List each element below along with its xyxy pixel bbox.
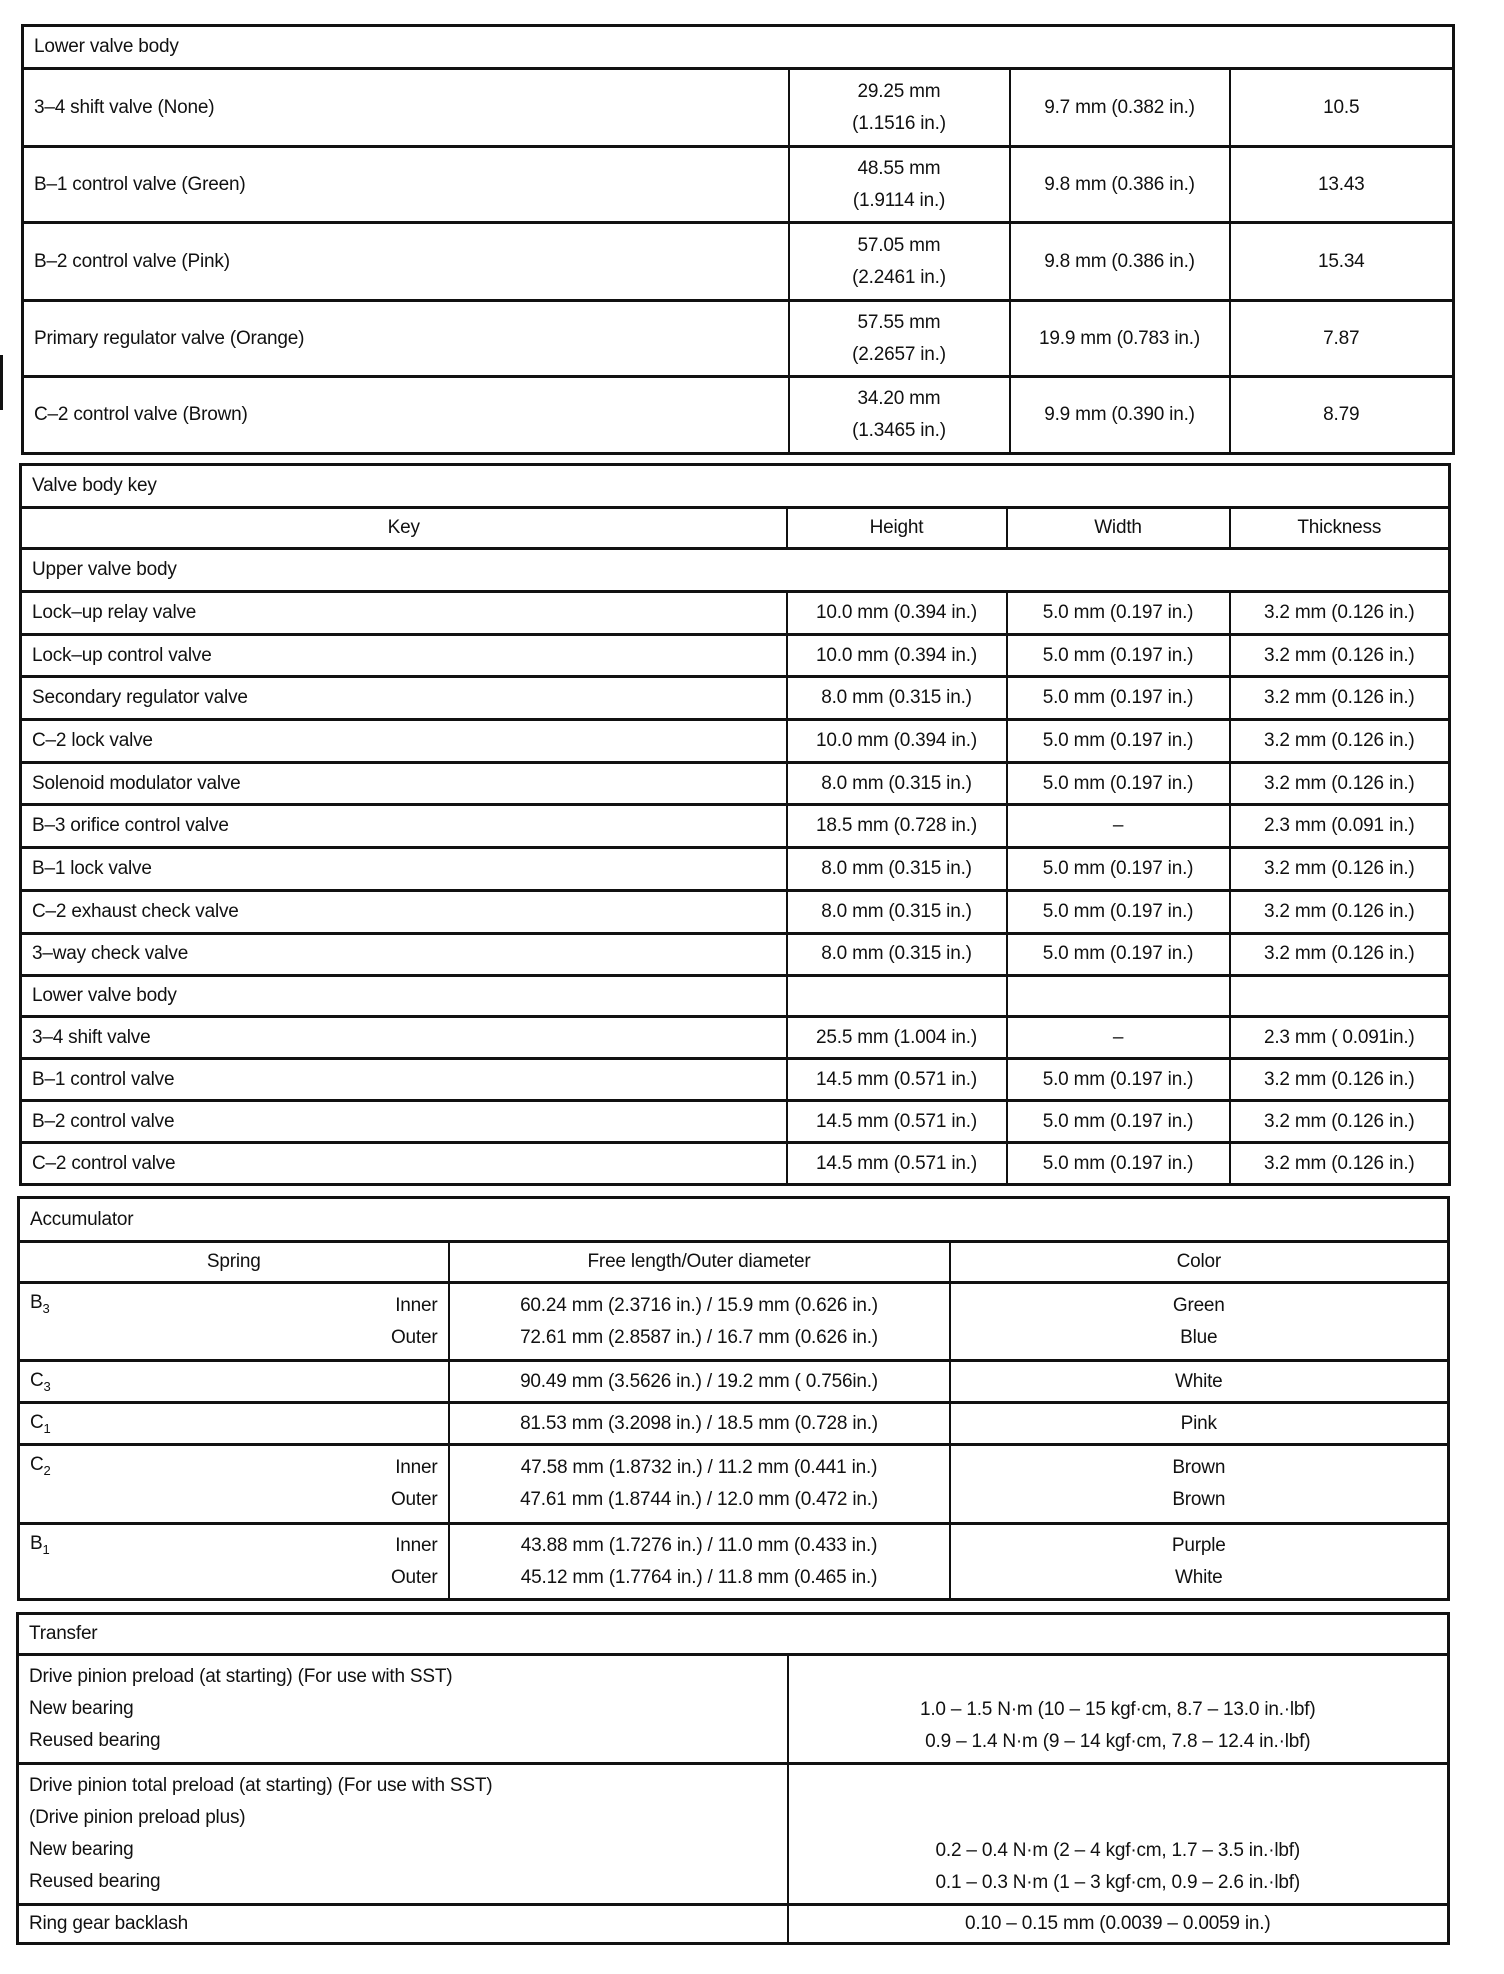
- spring-position: Outer: [30, 1484, 438, 1516]
- key-name: C–2 lock valve: [21, 720, 787, 763]
- table-row: 3–4 shift valve25.5 mm (1.004 in.)–2.3 m…: [21, 1017, 1450, 1059]
- spring-id-subscript: 2: [44, 1463, 51, 1478]
- spring-dimension: 43.88 mm (1.7276 in.) / 11.0 mm (0.433 i…: [460, 1530, 939, 1562]
- key-width: 5.0 mm (0.197 in.): [1007, 1101, 1230, 1143]
- key-name: Solenoid modulator valve: [21, 762, 787, 805]
- valve-body-key-table: Valve body key Key Height Width Thicknes…: [19, 463, 1451, 1186]
- key-thickness: 3.2 mm (0.126 in.): [1230, 720, 1450, 763]
- transfer-value-line: 0.1 – 0.3 N·m (1 – 3 kgf·cm, 0.9 – 2.6 i…: [799, 1867, 1438, 1899]
- spring-color-value: Blue: [961, 1322, 1438, 1354]
- column-header-thickness: Thickness: [1230, 508, 1450, 549]
- spring-id-base: B: [30, 1533, 42, 1554]
- spring-id-base: C: [30, 1370, 44, 1391]
- spring-id-subscript: 1: [42, 1542, 49, 1557]
- free-length-outer-diameter: 90.49 mm (3.5626 in.) / 19.2 mm ( 0.756i…: [449, 1361, 950, 1403]
- table-title: Accumulator: [19, 1198, 1449, 1242]
- spring-id-subscript: 3: [42, 1301, 49, 1316]
- free-length-mm: 29.25 mm: [800, 76, 999, 108]
- spring-id: C3: [30, 1370, 51, 1394]
- key-name: B–3 orifice control valve: [21, 805, 787, 848]
- key-thickness: 3.2 mm (0.126 in.): [1230, 848, 1450, 891]
- spring-color: GreenBlue: [950, 1283, 1449, 1361]
- table-row: Solenoid modulator valve8.0 mm (0.315 in…: [21, 762, 1450, 805]
- free-length-in: (1.1516 in.): [800, 108, 999, 140]
- free-length: 29.25 mm(1.1516 in.): [789, 69, 1010, 147]
- spring-color-value: Green: [961, 1290, 1438, 1322]
- spring-id: C2: [30, 1454, 51, 1478]
- key-width: 5.0 mm (0.197 in.): [1007, 592, 1230, 635]
- key-height: 10.0 mm (0.394 in.): [787, 634, 1007, 677]
- number-of-coils: 10.5: [1230, 69, 1454, 147]
- spring-id-subscript: 1: [44, 1421, 51, 1436]
- transfer-label-line: Drive pinion preload (at starting) (For …: [29, 1661, 777, 1693]
- key-thickness: 3.2 mm (0.126 in.): [1230, 1143, 1450, 1185]
- free-length-in: (1.3465 in.): [800, 415, 999, 447]
- spring-color: Pink: [950, 1403, 1449, 1445]
- transfer-label-line: Ring gear backlash: [29, 1908, 777, 1940]
- spring-position: Outer: [30, 1322, 438, 1354]
- spring-color-value: Purple: [961, 1530, 1438, 1562]
- table-title: Valve body key: [21, 465, 1450, 508]
- column-header-width: Width: [1007, 508, 1230, 549]
- valve-name: 3–4 shift valve (None): [23, 69, 789, 147]
- table-row: B–2 control valve (Pink)57.05 mm(2.2461 …: [23, 223, 1454, 301]
- transfer-value-line: 1.0 – 1.5 N·m (10 – 15 kgf·cm, 8.7 – 13.…: [799, 1694, 1438, 1726]
- valve-name: B–2 control valve (Pink): [23, 223, 789, 301]
- key-name: 3–4 shift valve: [21, 1017, 787, 1059]
- key-height: 8.0 mm (0.315 in.): [787, 933, 1007, 976]
- free-length-in: (2.2461 in.): [800, 262, 999, 294]
- margin-change-bar: [0, 355, 3, 410]
- section-label-lower: Lower valve body: [21, 976, 787, 1017]
- table-row: B–1 control valve14.5 mm (0.571 in.)5.0 …: [21, 1059, 1450, 1101]
- empty-cell: [1007, 976, 1230, 1017]
- table-row: C–2 control valve (Brown)34.20 mm(1.3465…: [23, 377, 1454, 454]
- transfer-label-line: New bearing: [29, 1834, 777, 1866]
- free-length: 57.05 mm(2.2461 in.): [789, 223, 1010, 301]
- column-header-color: Color: [950, 1242, 1449, 1283]
- spring-id-base: C: [30, 1412, 44, 1433]
- number-of-coils: 13.43: [1230, 147, 1454, 223]
- spring-cell: C2InnerOuter: [19, 1445, 449, 1524]
- key-thickness: 3.2 mm (0.126 in.): [1230, 1101, 1450, 1143]
- key-thickness: 3.2 mm (0.126 in.): [1230, 677, 1450, 720]
- spring-cell: C1: [19, 1403, 449, 1445]
- transfer-value-line: 0.9 – 1.4 N·m (9 – 14 kgf·cm, 7.8 – 12.4…: [799, 1726, 1438, 1758]
- transfer-table: Transfer Drive pinion preload (at starti…: [16, 1612, 1450, 1945]
- key-width: 5.0 mm (0.197 in.): [1007, 933, 1230, 976]
- key-height: 8.0 mm (0.315 in.): [787, 762, 1007, 805]
- table-row: B–3 orifice control valve18.5 mm (0.728 …: [21, 805, 1450, 848]
- free-length-mm: 34.20 mm: [800, 383, 999, 415]
- table-row: C–2 control valve14.5 mm (0.571 in.)5.0 …: [21, 1143, 1450, 1185]
- spring-cell: B1InnerOuter: [19, 1524, 449, 1600]
- spring-id: C1: [30, 1412, 51, 1436]
- table-row: 3–4 shift valve (None)29.25 mm(1.1516 in…: [23, 69, 1454, 147]
- spring-id-base: B: [30, 1292, 42, 1313]
- key-thickness: 3.2 mm (0.126 in.): [1230, 890, 1450, 933]
- column-header-spring: Spring: [19, 1242, 449, 1283]
- table-row: Lock–up control valve10.0 mm (0.394 in.)…: [21, 634, 1450, 677]
- coil-outer-diameter: 9.8 mm (0.386 in.): [1010, 147, 1230, 223]
- table-row: B–1 control valve (Green)48.55 mm(1.9114…: [23, 147, 1454, 223]
- spring-color-value: Brown: [961, 1484, 1438, 1516]
- transfer-value-line: 0.2 – 0.4 N·m (2 – 4 kgf·cm, 1.7 – 3.5 i…: [799, 1835, 1438, 1867]
- key-name: B–2 control valve: [21, 1101, 787, 1143]
- table-title: Lower valve body: [23, 26, 1454, 69]
- table-title: Transfer: [18, 1614, 1449, 1655]
- key-height: 14.5 mm (0.571 in.): [787, 1059, 1007, 1101]
- free-length-outer-diameter: 47.58 mm (1.8732 in.) / 11.2 mm (0.441 i…: [449, 1445, 950, 1524]
- transfer-row: Drive pinion preload (at starting) (For …: [18, 1655, 1449, 1764]
- key-width: 5.0 mm (0.197 in.): [1007, 634, 1230, 677]
- key-thickness: 2.3 mm (0.091 in.): [1230, 805, 1450, 848]
- coil-outer-diameter: 9.9 mm (0.390 in.): [1010, 377, 1230, 454]
- key-width: –: [1007, 805, 1230, 848]
- valve-name: Primary regulator valve (Orange): [23, 301, 789, 377]
- transfer-row: Drive pinion total preload (at starting)…: [18, 1764, 1449, 1905]
- key-width: 5.0 mm (0.197 in.): [1007, 848, 1230, 891]
- key-width: 5.0 mm (0.197 in.): [1007, 720, 1230, 763]
- spring-row: C390.49 mm (3.5626 in.) / 19.2 mm ( 0.75…: [19, 1361, 1449, 1403]
- key-width: –: [1007, 1017, 1230, 1059]
- key-name: B–1 lock valve: [21, 848, 787, 891]
- key-height: 8.0 mm (0.315 in.): [787, 890, 1007, 933]
- key-height: 10.0 mm (0.394 in.): [787, 592, 1007, 635]
- spring-row: C2InnerOuter47.58 mm (1.8732 in.) / 11.2…: [19, 1445, 1449, 1524]
- number-of-coils: 15.34: [1230, 223, 1454, 301]
- key-height: 8.0 mm (0.315 in.): [787, 677, 1007, 720]
- transfer-label-line: New bearing: [29, 1693, 777, 1725]
- spring-dimension: 47.58 mm (1.8732 in.) / 11.2 mm (0.441 i…: [460, 1452, 939, 1484]
- spring-id: B1: [30, 1533, 50, 1557]
- key-name: Lock–up control valve: [21, 634, 787, 677]
- empty-cell: [787, 976, 1007, 1017]
- table-row: Secondary regulator valve8.0 mm (0.315 i…: [21, 677, 1450, 720]
- key-height: 10.0 mm (0.394 in.): [787, 720, 1007, 763]
- spring-position: Outer: [30, 1562, 438, 1594]
- transfer-spec-value: 0.2 – 0.4 N·m (2 – 4 kgf·cm, 1.7 – 3.5 i…: [788, 1764, 1449, 1905]
- spring-row: C181.53 mm (3.2098 in.) / 18.5 mm (0.728…: [19, 1403, 1449, 1445]
- spring-position: [30, 1366, 438, 1398]
- transfer-spec-label: Ring gear backlash: [18, 1905, 788, 1944]
- transfer-value-line: 0.10 – 0.15 mm (0.0039 – 0.0059 in.): [799, 1913, 1438, 1935]
- spring-position: Inner: [30, 1290, 438, 1322]
- free-length-mm: 48.55 mm: [800, 153, 999, 185]
- table-row: C–2 lock valve10.0 mm (0.394 in.)5.0 mm …: [21, 720, 1450, 763]
- transfer-spec-label: Drive pinion total preload (at starting)…: [18, 1764, 788, 1905]
- transfer-label-line: Reused bearing: [29, 1725, 777, 1757]
- spring-color: BrownBrown: [950, 1445, 1449, 1524]
- free-length-outer-diameter: 81.53 mm (3.2098 in.) / 18.5 mm (0.728 i…: [449, 1403, 950, 1445]
- key-width: 5.0 mm (0.197 in.): [1007, 890, 1230, 933]
- spring-cell: B3InnerOuter: [19, 1283, 449, 1361]
- table-row: B–1 lock valve8.0 mm (0.315 in.)5.0 mm (…: [21, 848, 1450, 891]
- key-name: Secondary regulator valve: [21, 677, 787, 720]
- spring-color-value: White: [961, 1366, 1438, 1398]
- transfer-row: Ring gear backlash0.10 – 0.15 mm (0.0039…: [18, 1905, 1449, 1944]
- spring-id-base: C: [30, 1454, 44, 1475]
- key-height: 18.5 mm (0.728 in.): [787, 805, 1007, 848]
- free-length-in: (2.2657 in.): [800, 339, 999, 371]
- spring-id: B3: [30, 1292, 50, 1316]
- table-row: 3–way check valve8.0 mm (0.315 in.)5.0 m…: [21, 933, 1450, 976]
- spring-row: B1InnerOuter43.88 mm (1.7276 in.) / 11.0…: [19, 1524, 1449, 1600]
- spring-color-value: White: [961, 1562, 1438, 1594]
- lower-valve-body-spring-table: Lower valve body 3–4 shift valve (None)2…: [21, 24, 1455, 455]
- section-label-upper: Upper valve body: [21, 549, 1450, 592]
- spring-color-value: Pink: [961, 1408, 1438, 1440]
- column-header-free-length: Free length/Outer diameter: [449, 1242, 950, 1283]
- key-thickness: 3.2 mm (0.126 in.): [1230, 592, 1450, 635]
- key-height: 14.5 mm (0.571 in.): [787, 1143, 1007, 1185]
- spring-cell: C3: [19, 1361, 449, 1403]
- spring-dimension: 45.12 mm (1.7764 in.) / 11.8 mm (0.465 i…: [460, 1562, 939, 1594]
- spring-dimension: 90.49 mm (3.5626 in.) / 19.2 mm ( 0.756i…: [460, 1366, 939, 1398]
- key-width: 5.0 mm (0.197 in.): [1007, 1143, 1230, 1185]
- free-length-outer-diameter: 60.24 mm (2.3716 in.) / 15.9 mm (0.626 i…: [449, 1283, 950, 1361]
- empty-cell: [1230, 976, 1450, 1017]
- transfer-spec-value: 1.0 – 1.5 N·m (10 – 15 kgf·cm, 8.7 – 13.…: [788, 1655, 1449, 1764]
- spring-color-value: Brown: [961, 1452, 1438, 1484]
- column-header-key: Key: [21, 508, 787, 549]
- key-name: 3–way check valve: [21, 933, 787, 976]
- table-row: C–2 exhaust check valve8.0 mm (0.315 in.…: [21, 890, 1450, 933]
- table-row: B–2 control valve14.5 mm (0.571 in.)5.0 …: [21, 1101, 1450, 1143]
- spring-color: White: [950, 1361, 1449, 1403]
- free-length: 48.55 mm(1.9114 in.): [789, 147, 1010, 223]
- transfer-label-line: Drive pinion total preload (at starting)…: [29, 1770, 777, 1802]
- valve-name: C–2 control valve (Brown): [23, 377, 789, 454]
- spring-row: B3InnerOuter60.24 mm (2.3716 in.) / 15.9…: [19, 1283, 1449, 1361]
- column-header-height: Height: [787, 508, 1007, 549]
- key-thickness: 3.2 mm (0.126 in.): [1230, 762, 1450, 805]
- key-height: 8.0 mm (0.315 in.): [787, 848, 1007, 891]
- transfer-label-line: Reused bearing: [29, 1866, 777, 1898]
- spring-position: [30, 1408, 438, 1440]
- spring-position: Inner: [30, 1530, 438, 1562]
- spring-dimension: 60.24 mm (2.3716 in.) / 15.9 mm (0.626 i…: [460, 1290, 939, 1322]
- key-name: Lock–up relay valve: [21, 592, 787, 635]
- number-of-coils: 7.87: [1230, 301, 1454, 377]
- key-height: 25.5 mm (1.004 in.): [787, 1017, 1007, 1059]
- accumulator-table: Accumulator Spring Free length/Outer dia…: [17, 1196, 1450, 1601]
- free-length: 57.55 mm(2.2657 in.): [789, 301, 1010, 377]
- coil-outer-diameter: 9.8 mm (0.386 in.): [1010, 223, 1230, 301]
- key-thickness: 3.2 mm (0.126 in.): [1230, 634, 1450, 677]
- transfer-spec-value: 0.10 – 0.15 mm (0.0039 – 0.0059 in.): [788, 1905, 1449, 1944]
- key-thickness: 2.3 mm ( 0.091in.): [1230, 1017, 1450, 1059]
- spring-color: PurpleWhite: [950, 1524, 1449, 1600]
- coil-outer-diameter: 9.7 mm (0.382 in.): [1010, 69, 1230, 147]
- spring-position: Inner: [30, 1452, 438, 1484]
- key-thickness: 3.2 mm (0.126 in.): [1230, 933, 1450, 976]
- key-name: C–2 control valve: [21, 1143, 787, 1185]
- key-name: B–1 control valve: [21, 1059, 787, 1101]
- table-row: Lock–up relay valve10.0 mm (0.394 in.)5.…: [21, 592, 1450, 635]
- free-length-mm: 57.55 mm: [800, 307, 999, 339]
- key-height: 14.5 mm (0.571 in.): [787, 1101, 1007, 1143]
- key-name: C–2 exhaust check valve: [21, 890, 787, 933]
- key-width: 5.0 mm (0.197 in.): [1007, 762, 1230, 805]
- spring-dimension: 72.61 mm (2.8587 in.) / 16.7 mm (0.626 i…: [460, 1322, 939, 1354]
- spring-id-subscript: 3: [44, 1379, 51, 1394]
- table-row: Primary regulator valve (Orange)57.55 mm…: [23, 301, 1454, 377]
- coil-outer-diameter: 19.9 mm (0.783 in.): [1010, 301, 1230, 377]
- free-length-outer-diameter: 43.88 mm (1.7276 in.) / 11.0 mm (0.433 i…: [449, 1524, 950, 1600]
- transfer-spec-label: Drive pinion preload (at starting) (For …: [18, 1655, 788, 1764]
- key-width: 5.0 mm (0.197 in.): [1007, 677, 1230, 720]
- transfer-label-line: (Drive pinion preload plus): [29, 1802, 777, 1834]
- key-width: 5.0 mm (0.197 in.): [1007, 1059, 1230, 1101]
- spring-dimension: 81.53 mm (3.2098 in.) / 18.5 mm (0.728 i…: [460, 1408, 939, 1440]
- free-length-in: (1.9114 in.): [800, 185, 999, 217]
- spring-dimension: 47.61 mm (1.8744 in.) / 12.0 mm (0.472 i…: [460, 1484, 939, 1516]
- free-length: 34.20 mm(1.3465 in.): [789, 377, 1010, 454]
- free-length-mm: 57.05 mm: [800, 230, 999, 262]
- valve-name: B–1 control valve (Green): [23, 147, 789, 223]
- key-thickness: 3.2 mm (0.126 in.): [1230, 1059, 1450, 1101]
- number-of-coils: 8.79: [1230, 377, 1454, 454]
